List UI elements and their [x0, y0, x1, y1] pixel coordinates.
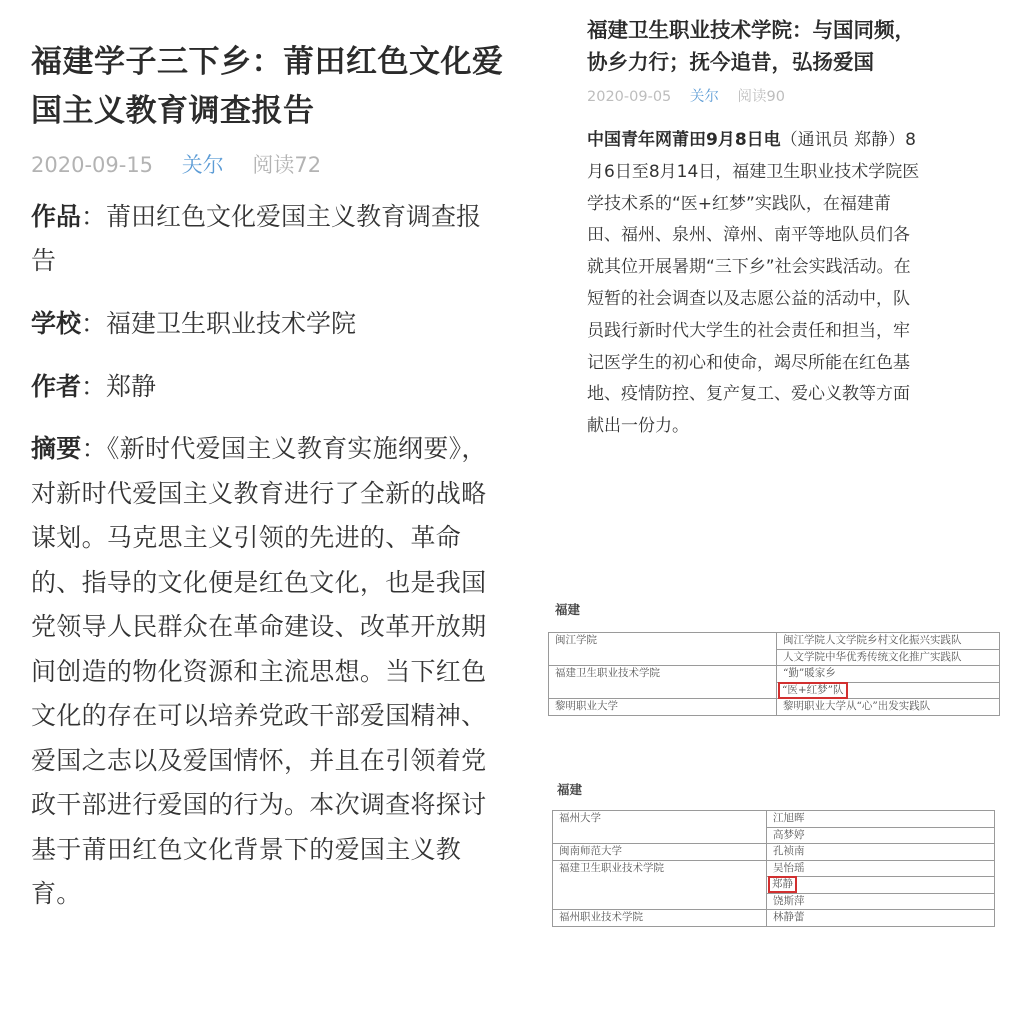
- school-cell: 闽江学院: [549, 633, 777, 666]
- article-meta: 2020-09-15 关尔 阅读72: [31, 150, 511, 180]
- publish-date: 2020-09-15: [31, 153, 153, 177]
- abstract: 摘要：《新时代爱国主义教育实施纲要》，对新时代爱国主义教育进行了全新的战略谋划。…: [31, 427, 501, 917]
- field-work: 作品：莆田红色文化爱国主义教育调查报告: [31, 195, 506, 283]
- red-highlight-box: “医+红梦”队: [779, 683, 847, 698]
- team-cell: 闽江学院人文学院乡村文化振兴实践队: [777, 633, 1000, 650]
- abstract-label: 摘要: [31, 434, 82, 463]
- article-title: 福建卫生职业技术学院：与国同频，协乡力行；抚今追昔，弘扬爱国: [587, 14, 927, 78]
- publish-date: 2020-09-05: [587, 89, 671, 105]
- table-row: 福建卫生职业技术学院 “勤”暖家乡: [549, 666, 1000, 683]
- person-cell: 孔祯南: [767, 844, 995, 861]
- field-label: 学校: [31, 309, 81, 338]
- team-table: 闽江学院 闽江学院人文学院乡村文化振兴实践队 人文学院中华优秀传统文化推广实践队…: [548, 632, 1000, 716]
- school-cell: 黎明职业大学: [549, 699, 777, 716]
- region-label: 福建: [555, 600, 580, 618]
- field-value: 福建卫生职业技术学院: [106, 309, 356, 338]
- team-cell-highlighted: “医+红梦”队: [777, 682, 1000, 699]
- school-cell: 闽南师范大学: [553, 844, 767, 861]
- school-cell: 福建卫生职业技术学院: [553, 860, 767, 910]
- field-label: 作者: [31, 372, 81, 401]
- table-row: 福州职业技术学院 林静蕾: [553, 910, 995, 927]
- table-row: 闽南师范大学 孔祯南: [553, 844, 995, 861]
- article-body: 中国青年网莆田9月8日电（通讯员 郑静）8月6日至8月14日，福建卫生职业技术学…: [587, 125, 922, 443]
- team-cell: “勤”暖家乡: [777, 666, 1000, 683]
- scanned-people-table: 福建 福州大学 江旭晖 高梦婷 闽南师范大学 孔祯南 福建卫生职业技术学院 吴怡…: [552, 776, 1002, 936]
- person-cell-highlighted: 郑静: [767, 877, 995, 894]
- person-cell: 江旭晖: [767, 811, 995, 828]
- person-cell: 饶斯萍: [767, 893, 995, 910]
- author-link[interactable]: 关尔: [690, 89, 719, 105]
- table-row: 福建卫生职业技术学院 吴怡瑶: [553, 860, 995, 877]
- field-author: 作者：郑静: [31, 365, 511, 409]
- field-school: 学校：福建卫生职业技术学院: [31, 302, 511, 346]
- abstract-text: 《新时代爱国主义教育实施纲要》，对新时代爱国主义教育进行了全新的战略谋划。马克思…: [31, 434, 487, 908]
- dateline: 中国青年网莆田9月8日电: [587, 130, 781, 150]
- body-text: （通讯员 郑静）8月6日至8月14日，福建卫生职业技术学院医学技术系的“医+红梦…: [587, 130, 919, 436]
- table-row: 闽江学院 闽江学院人文学院乡村文化振兴实践队: [549, 633, 1000, 650]
- person-cell: 高梦婷: [767, 827, 995, 844]
- author-link[interactable]: 关尔: [182, 153, 224, 177]
- people-table: 福州大学 江旭晖 高梦婷 闽南师范大学 孔祯南 福建卫生职业技术学院 吴怡瑶 郑…: [552, 810, 995, 927]
- article-title: 福建学子三下乡：莆田红色文化爱国主义教育调查报告: [31, 38, 511, 136]
- team-cell: 黎明职业大学从“心”出发实践队: [777, 699, 1000, 716]
- team-cell: 人文学院中华优秀传统文化推广实践队: [777, 649, 1000, 666]
- table-row: 福州大学 江旭晖: [553, 811, 995, 828]
- read-count: 阅读90: [738, 89, 785, 105]
- table-row: 黎明职业大学 黎明职业大学从“心”出发实践队: [549, 699, 1000, 716]
- read-count: 阅读72: [252, 153, 321, 177]
- field-value: 郑静: [106, 372, 156, 401]
- right-article: 福建卫生职业技术学院：与国同频，协乡力行；抚今追昔，弘扬爱国 2020-09-0…: [587, 14, 927, 443]
- person-cell: 吴怡瑶: [767, 860, 995, 877]
- article-meta: 2020-09-05 关尔 阅读90: [587, 87, 927, 107]
- left-article: 福建学子三下乡：莆田红色文化爱国主义教育调查报告 2020-09-15 关尔 阅…: [31, 38, 511, 917]
- person-cell: 林静蕾: [767, 910, 995, 927]
- field-label: 作品: [31, 202, 81, 231]
- school-cell: 福建卫生职业技术学院: [549, 666, 777, 699]
- scanned-team-table: 福建 闽江学院 闽江学院人文学院乡村文化振兴实践队 人文学院中华优秀传统文化推广…: [548, 600, 1004, 725]
- red-highlight-box: 郑静: [769, 877, 796, 892]
- school-cell: 福州职业技术学院: [553, 910, 767, 927]
- region-label: 福建: [557, 780, 582, 798]
- school-cell: 福州大学: [553, 811, 767, 844]
